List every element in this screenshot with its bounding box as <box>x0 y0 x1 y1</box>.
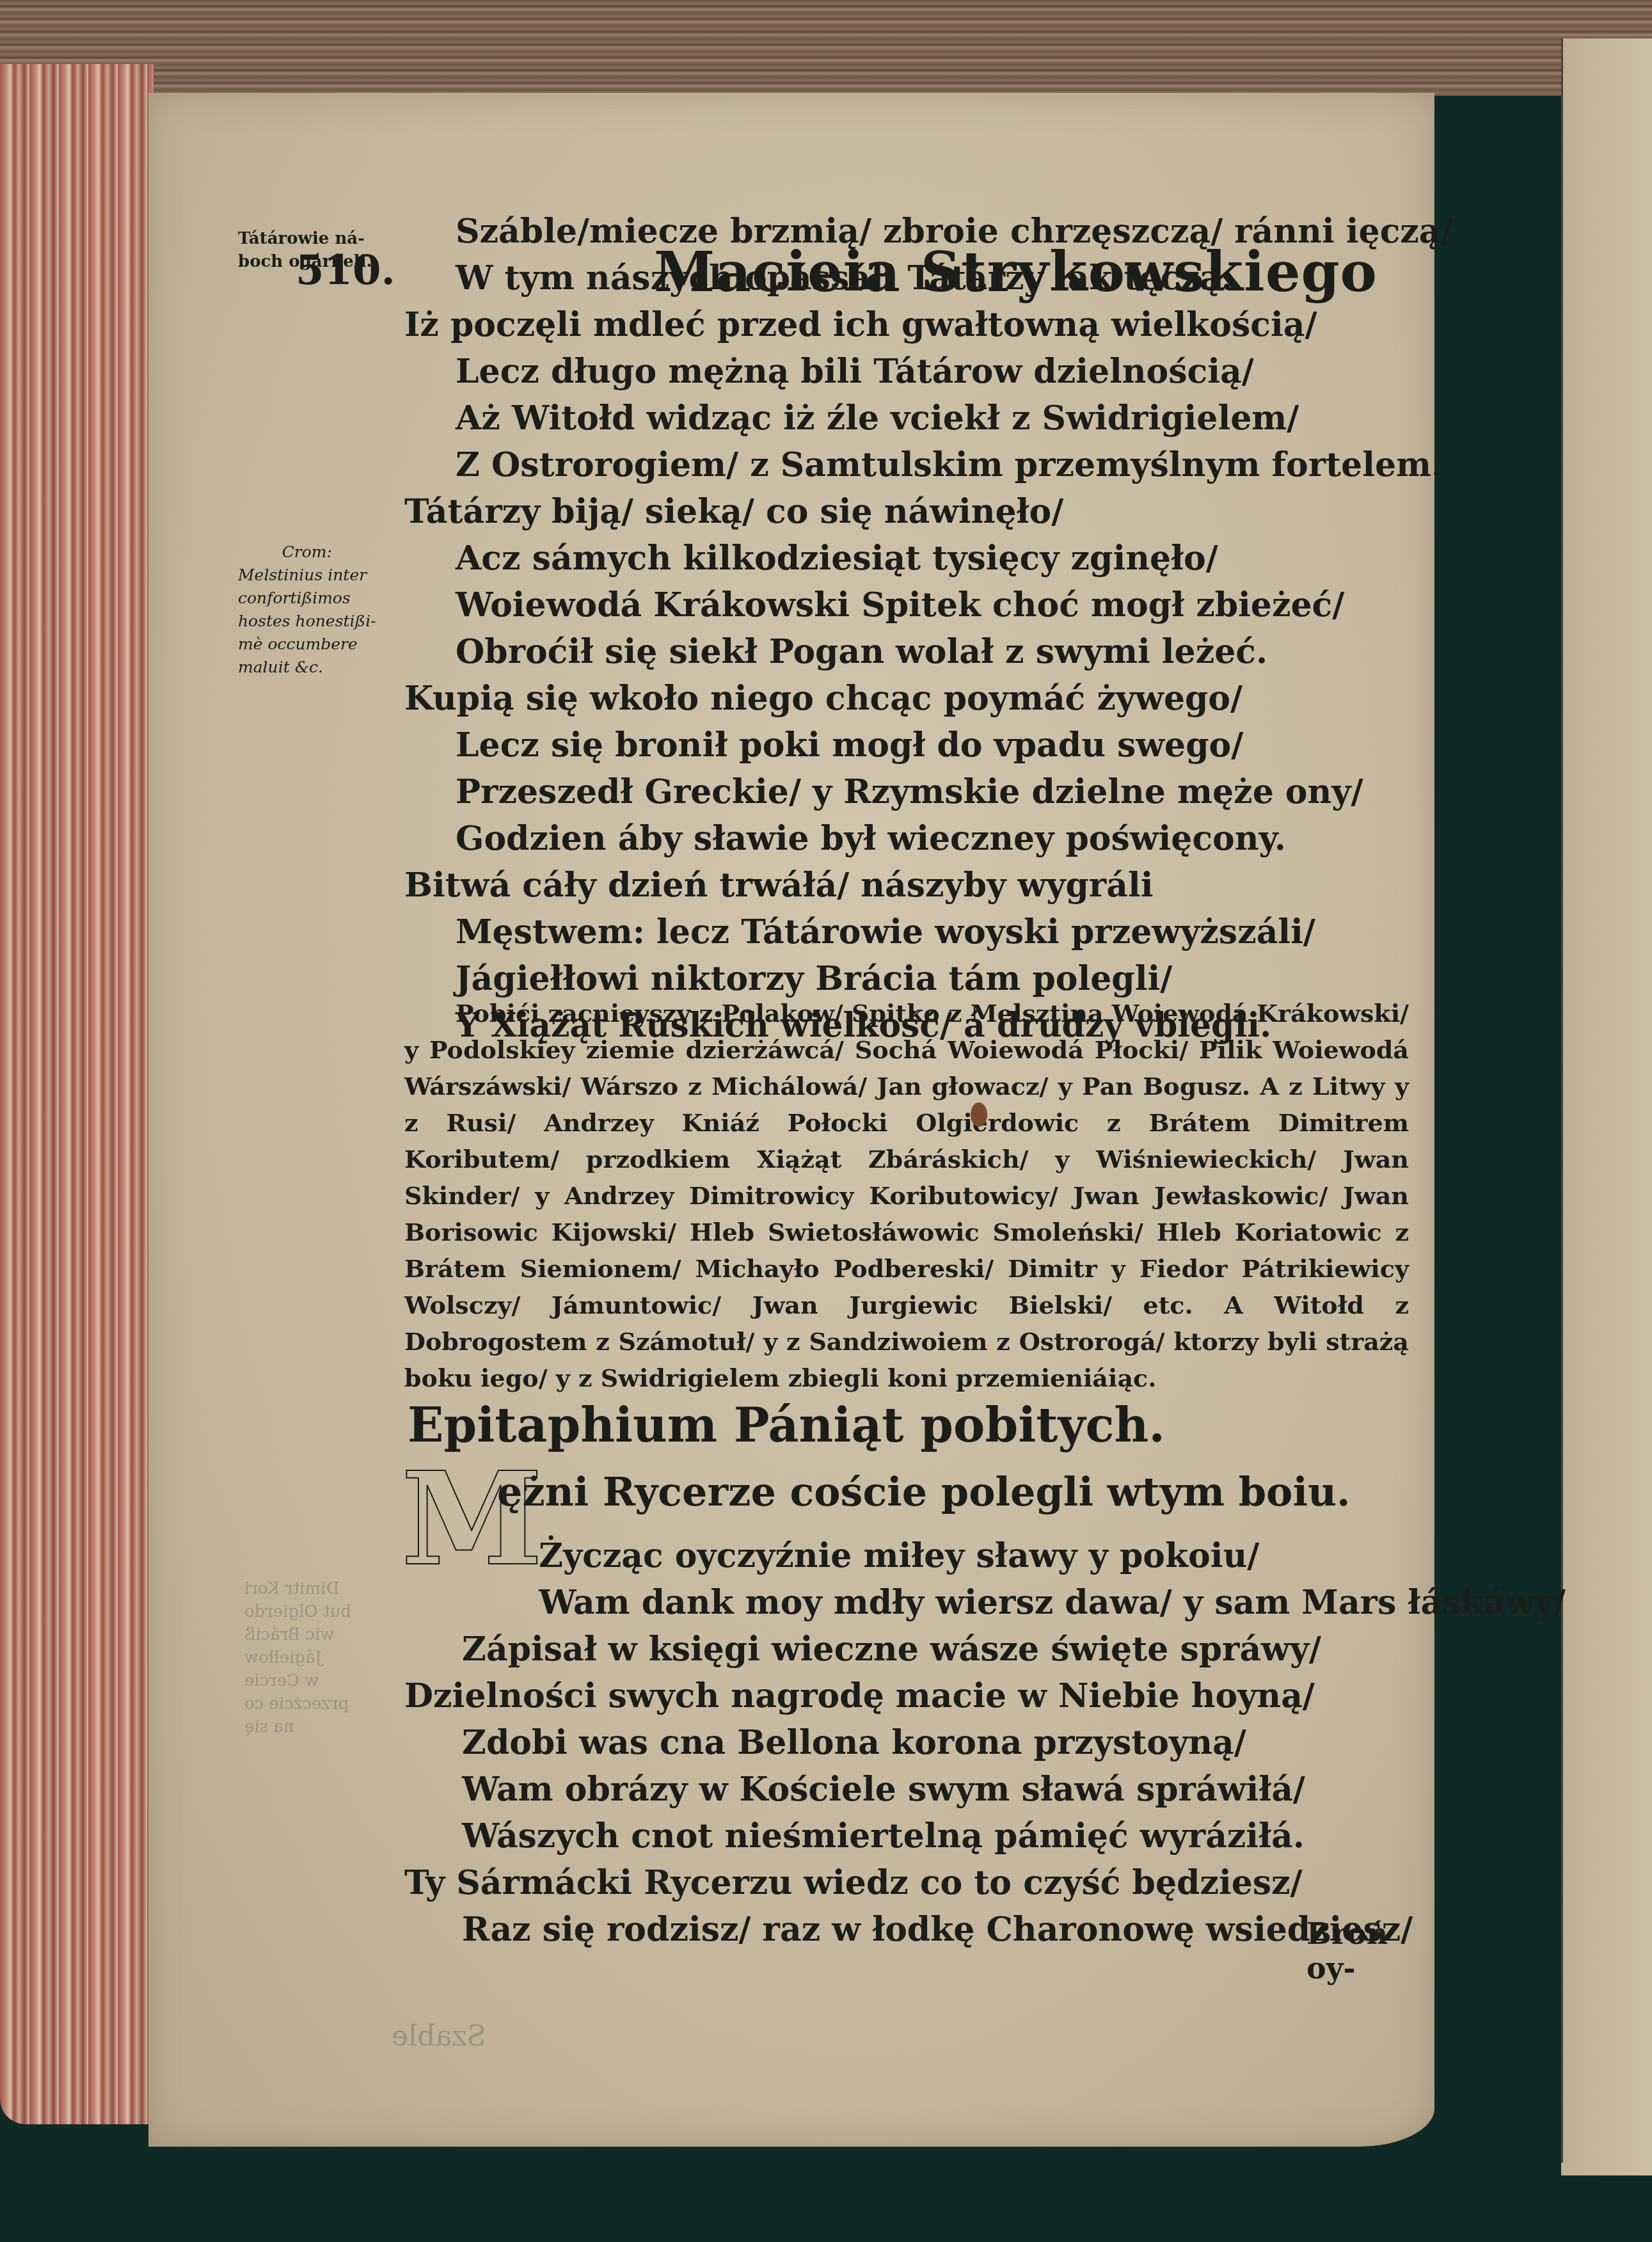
verse-line: Zdobi was cna Bellona korona przystoyną/ <box>404 1719 1566 1766</box>
verse-line: Dzielności swych nagrodę macie w Niebie … <box>404 1673 1566 1719</box>
prose-paragraph: Pobići zacnieyszy z Polakow/ Spitko z Me… <box>404 995 1409 1396</box>
margin-note-line: boch ogárneli. <box>238 250 372 273</box>
verse-line: Száble/miecze brzmią/ zbroie chrzęszczą/… <box>404 208 1453 255</box>
verse-line: W tym nászych opássáli Tátárzy iák tęczą… <box>404 255 1453 301</box>
epitaph-first-line: ężni Rycerze coście polegli wtym boiu. <box>497 1468 1351 1515</box>
ghost-line: na się <box>244 1715 360 1738</box>
show-through-bottom: Szable <box>392 2025 532 2048</box>
ghost-line: w Cercie <box>244 1669 360 1692</box>
verse-line: Lecz się bronił poki mogł do vpadu swego… <box>404 722 1453 768</box>
verse-line: Godzien áby sławie był wieczney poświęco… <box>404 815 1453 862</box>
ink-stain <box>971 1102 987 1127</box>
margin-note-line: confortißimos <box>238 587 376 610</box>
ghost-line: Jágiełłow <box>244 1646 360 1669</box>
verse-line: Zápisał w księgi wieczne wásze święte sp… <box>404 1626 1566 1673</box>
margin-note-line: hostes honestißi- <box>238 610 376 633</box>
verse-line: Męstwem: lecz Tátárowie woyski przewyższ… <box>404 909 1453 955</box>
verse-line: Kupią się wkoło niego chcąc poymáć żyweg… <box>404 675 1453 722</box>
verse-block: Száble/miecze brzmią/ zbroie chrzęszczą/… <box>404 208 1453 1049</box>
verse-line: Życząc oyczyźnie miłey sławy y pokoiu/ <box>404 1532 1566 1579</box>
margin-note-line: mè occumbere <box>238 633 376 656</box>
verse-line: Tátárzy biją/ sieką/ co się náwinęło/ <box>404 488 1453 535</box>
ghost-line: przecżcie co <box>244 1692 360 1715</box>
verse-line: Iż poczęli mdleć przed ich gwałtowną wie… <box>404 301 1453 348</box>
verse-line: Obroćił się siekł Pogan wolał z swymi le… <box>404 628 1453 675</box>
book-top-edge <box>0 0 1652 96</box>
margin-note-line: Crom: <box>238 541 376 564</box>
ghost-line: but Olgierdo <box>244 1600 360 1623</box>
verse-line: Ty Sármácki Rycerzu wiedz co to czyść bę… <box>404 1859 1566 1906</box>
verse-line: Wam dank moy mdły wiersz dawa/ y sam Mar… <box>404 1579 1566 1626</box>
catchword: Broń oy- <box>1307 1916 1434 1985</box>
verse-line: Aż Witołd widząc iż źle vciekł z Swidrig… <box>404 395 1453 441</box>
ghost-line: Dimitr Kori <box>244 1577 360 1600</box>
margin-note-cromer: Crom: Melstinius inter confortißimos hos… <box>238 541 376 679</box>
verse-line: Lecz długo mężną bili Tátárow dzielności… <box>404 348 1453 395</box>
verse-line: Przeszedł Greckie/ y Rzymskie dzielne mę… <box>404 768 1453 815</box>
margin-note-tatars: Tátárowie ná- boch ogárneli. <box>238 227 372 273</box>
ghost-line: wic Bráciß <box>244 1623 360 1646</box>
show-through-margin: Dimitr Kori but Olgierdo wic Bráciß Jági… <box>244 1577 360 1738</box>
verse-line: Wászych cnot nieśmiertelną pámięć wyrázi… <box>404 1813 1566 1859</box>
margin-note-line: Tátárowie ná- <box>238 227 372 250</box>
margin-note-line: maluit &c. <box>238 656 376 679</box>
verse-line: Woiewodá Krákowski Spitek choć mogł zbie… <box>404 582 1453 628</box>
epitaph-verse: Życząc oyczyźnie miłey sławy y pokoiu/ W… <box>404 1532 1566 1953</box>
verse-line: Bitwá cáły dzień trwáłá/ nászyby wygráli <box>404 862 1453 909</box>
verse-line: Acz sámych kilkodziesiąt tysięcy zginęło… <box>404 535 1453 582</box>
verse-line: Z Ostrorogiem/ z Samtulskim przemyślnym … <box>404 441 1453 488</box>
facing-page-edge <box>1561 38 1652 2175</box>
book-page: 510. Macieia Strykowskiego Tátárowie ná-… <box>148 93 1434 2147</box>
book-fore-edge <box>0 64 154 2124</box>
margin-note-line: Melstinius inter <box>238 564 376 587</box>
verse-line: Wam obrázy w Kościele swym sławá spráwił… <box>404 1766 1566 1813</box>
